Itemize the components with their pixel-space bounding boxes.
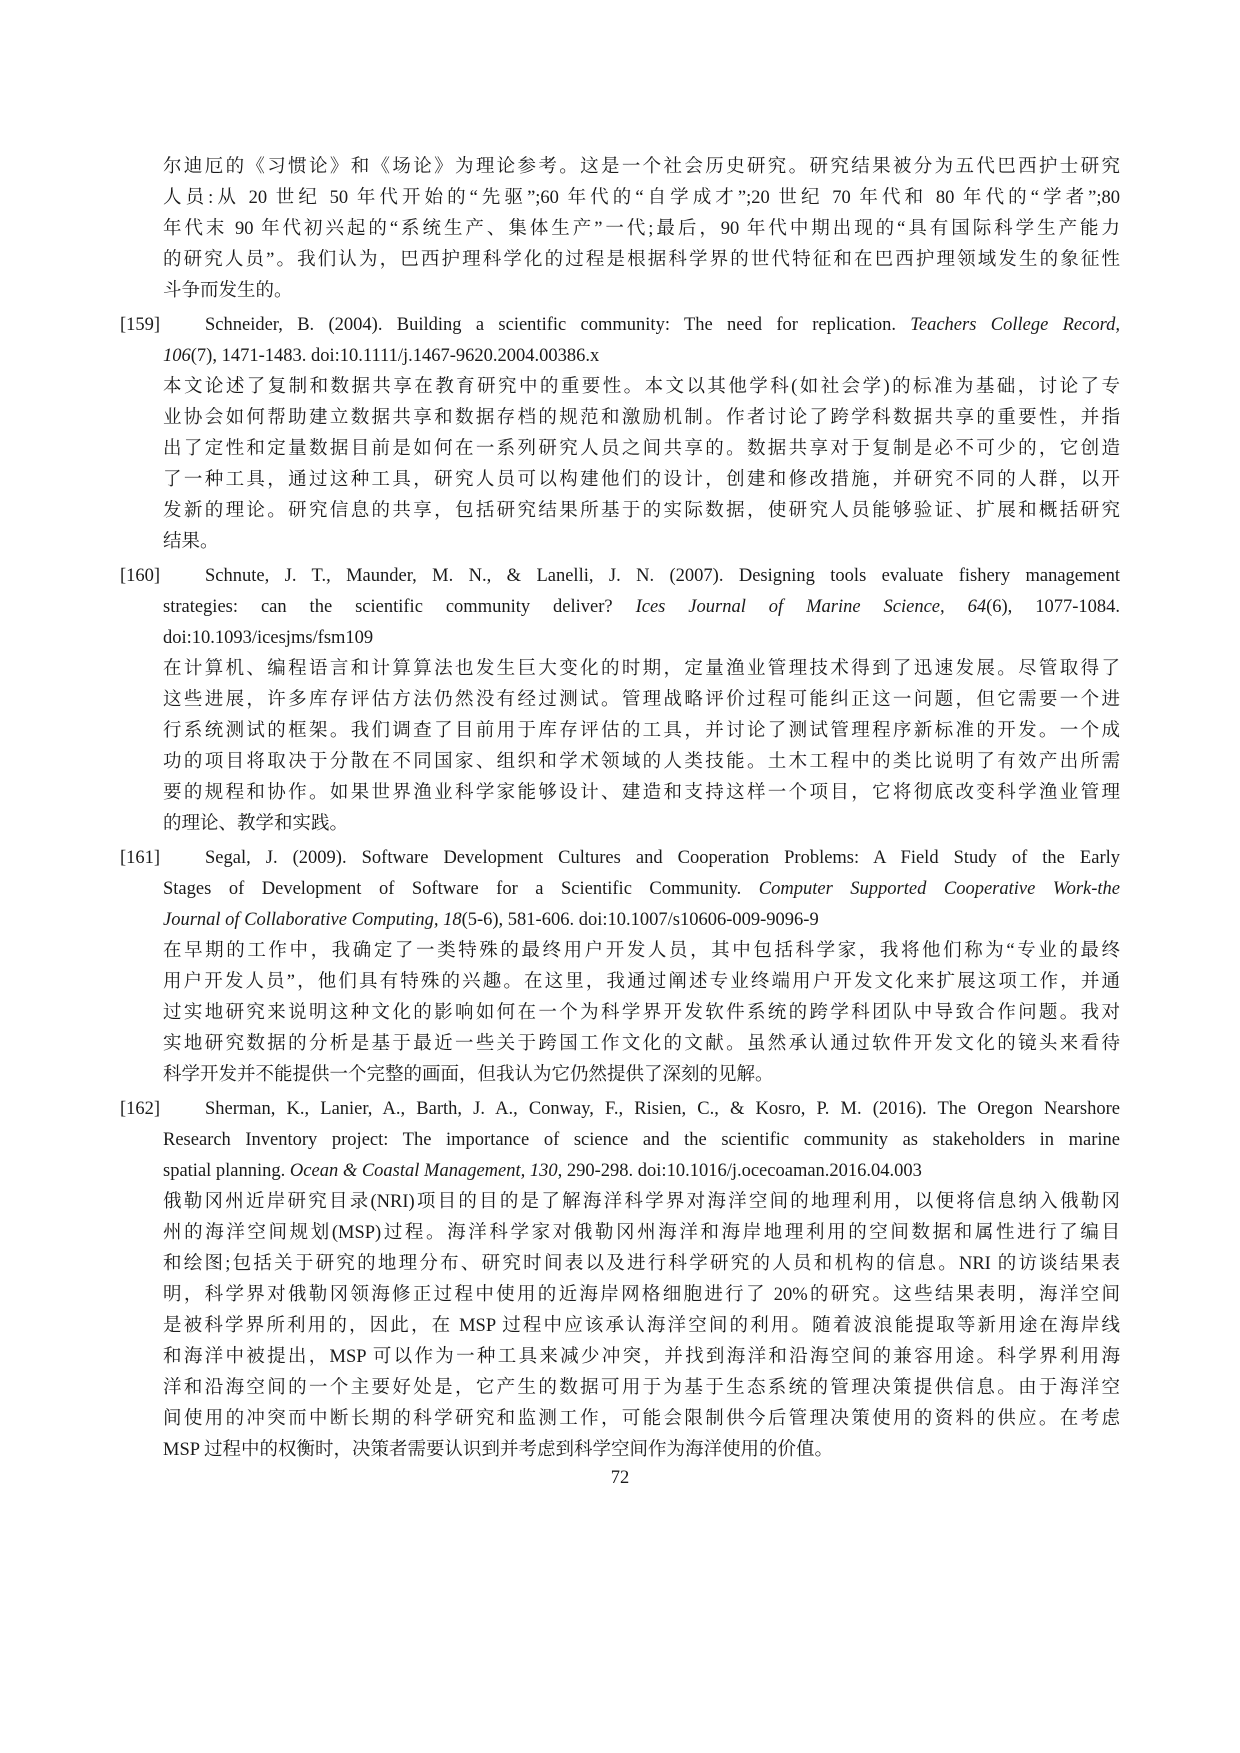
document-page: 尔迪厄的《习惯论》和《场论》为理论参考。这是一个社会历史研究。研究结果被分为五代… — [0, 0, 1240, 1753]
abstract-line: 明，科学界对俄勒冈领海修正过程中使用的近海岸网格细胞进行了 20%的研究。这些结… — [163, 1280, 1120, 1310]
reference-citation-line: Stages of Development of Software for a … — [163, 874, 1120, 904]
abstract-line: 在早期的工作中，我确定了一类特殊的最终用户开发人员，其中包括科学家，我将他们称为… — [163, 936, 1120, 966]
reference-number: [160] — [120, 561, 160, 591]
continuation-line: 尔迪厄的《习惯论》和《场论》为理论参考。这是一个社会历史研究。研究结果被分为五代… — [163, 152, 1120, 182]
reference-citation-line: 106(7), 1471-1483. doi:10.1111/j.1467-96… — [163, 341, 1120, 371]
continuation-line: 年代末 90 年代初兴起的“系统生产、集体生产”一代;最后，90 年代中期出现的… — [163, 214, 1120, 244]
abstract-line: MSP 过程中的权衡时，决策者需要认识到并考虑到科学空间作为海洋使用的价值。 — [163, 1435, 1120, 1465]
abstract-line: 间使用的冲突而中断长期的科学研究和监测工作，可能会限制供今后管理决策使用的资料的… — [163, 1404, 1120, 1434]
abstract-line: 和绘图;包括关于研究的地理分布、研究时间表以及进行科学研究的人员和机构的信息。N… — [163, 1249, 1120, 1279]
abstract-line: 科学开发并不能提供一个完整的画面，但我认为它仍然提供了深刻的见解。 — [163, 1060, 1120, 1090]
abstract-line: 是被科学界所利用的，因此，在 MSP 过程中应该承认海洋空间的利用。随着波浪能提… — [163, 1311, 1120, 1341]
abstract-line: 业协会如何帮助建立数据共享和数据存档的规范和激励机制。作者讨论了跨学科数据共享的… — [163, 403, 1120, 433]
abstract-line: 在计算机、编程语言和计算算法也发生巨大变化的时期，定量渔业管理技术得到了迅速发展… — [163, 654, 1120, 684]
reference-citation-line: doi:10.1093/icesjms/fsm109 — [163, 623, 1120, 653]
abstract-line: 洋和沿海空间的一个主要好处是，它产生的数据可用于为基于生态系统的管理决策提供信息… — [163, 1373, 1120, 1403]
abstract-line: 功的项目将取决于分散在不同国家、组织和学术领域的人类技能。土木工程中的类比说明了… — [163, 747, 1120, 777]
abstract-line: 出了定性和定量数据目前是如何在一系列研究人员之间共享的。数据共享对于复制是必不可… — [163, 434, 1120, 464]
abstract-line: 要的规程和协作。如果世界渔业科学家能够设计、建造和支持这样一个项目，它将彻底改变… — [163, 778, 1120, 808]
reference-citation-line: Sherman, K., Lanier, A., Barth, J. A., C… — [205, 1094, 1120, 1124]
continuation-line: 的研究人员”。我们认为，巴西护理科学化的过程是根据科学界的世代特征和在巴西护理领… — [163, 245, 1120, 275]
journal-title: Journal of Collaborative Computing, 18 — [163, 910, 462, 930]
abstract-line: 实地研究数据的分析是基于最近一些关于跨国工作文化的文献。虽然承认通过软件开发文化… — [163, 1029, 1120, 1059]
journal-volume: 106 — [163, 346, 191, 366]
citation-text: (5-6), 581-606. doi:10.1007/s10606-009-9… — [462, 910, 819, 930]
page-number: 72 — [0, 1463, 1240, 1493]
reference-number: [159] — [120, 310, 160, 340]
abstract-line: 和海洋中被提出，MSP 可以作为一种工具来减少冲突，并找到海洋和沿海空间的兼容用… — [163, 1342, 1120, 1372]
abstract-line: 用户开发人员”，他们具有特殊的兴趣。在这里，我通过阐述专业终端用户开发文化来扩展… — [163, 967, 1120, 997]
reference-citation-line: Schnute, J. T., Maunder, M. N., & Lanell… — [205, 561, 1120, 591]
continuation-line: 人员:从 20 世纪 50 年代开始的“先驱”;60 年代的“自学成才”;20 … — [163, 183, 1120, 213]
citation-text: strategies: can the scientific community… — [163, 597, 636, 617]
abstract-line: 结果。 — [163, 527, 1120, 557]
reference-number: [162] — [120, 1094, 160, 1124]
reference-citation-line: Schneider, B. (2004). Building a scienti… — [205, 310, 1120, 340]
reference-citation-line: strategies: can the scientific community… — [163, 592, 1120, 622]
abstract-line: 发新的理论。研究信息的共享，包括研究结果所基于的实际数据，使研究人员能够验证、扩… — [163, 496, 1120, 526]
reference-number: [161] — [120, 843, 160, 873]
citation-text: Stages of Development of Software for a … — [163, 879, 759, 899]
abstract-line: 本文论述了复制和数据共享在教育研究中的重要性。本文以其他学科(如社会学)的标准为… — [163, 372, 1120, 402]
journal-title: Computer Supported Cooperative Work-the — [759, 879, 1120, 899]
citation-text: (7), 1471-1483. doi:10.1111/j.1467-9620.… — [191, 346, 600, 366]
reference-citation-line: spatial planning. Ocean & Coastal Manage… — [163, 1156, 1120, 1186]
journal-title: Teachers College Record, — [910, 315, 1120, 335]
abstract-line: 的理论、教学和实践。 — [163, 809, 1120, 839]
citation-text: spatial planning. — [163, 1161, 290, 1181]
reference-citation-line: Segal, J. (2009). Software Development C… — [205, 843, 1120, 873]
citation-text: Schneider, B. (2004). Building a scienti… — [205, 315, 910, 335]
continuation-line: 斗争而发生的。 — [163, 276, 1120, 306]
journal-title: Ocean & Coastal Management, 130 — [290, 1161, 558, 1181]
abstract-line: 了一种工具，通过这种工具，研究人员可以构建他们的设计，创建和修改措施，并研究不同… — [163, 465, 1120, 495]
citation-text: (6), 1077-1084. — [986, 597, 1120, 617]
reference-citation-line: Research Inventory project: The importan… — [163, 1125, 1120, 1155]
abstract-line: 州的海洋空间规划(MSP)过程。海洋科学家对俄勒冈州海洋和海岸地理利用的空间数据… — [163, 1218, 1120, 1248]
reference-citation-line: Journal of Collaborative Computing, 18(5… — [163, 905, 1120, 935]
citation-text: , 290-298. doi:10.1016/j.ocecoaman.2016.… — [558, 1161, 922, 1181]
abstract-line: 行系统测试的框架。我们调查了目前用于库存评估的工具，并讨论了测试管理程序新标准的… — [163, 716, 1120, 746]
abstract-line: 过实地研究来说明这种文化的影响如何在一个为科学界开发软件系统的跨学科团队中导致合… — [163, 998, 1120, 1028]
abstract-line: 俄勒冈州近岸研究目录(NRI)项目的目的是了解海洋科学界对海洋空间的地理利用，以… — [163, 1187, 1120, 1217]
abstract-line: 这些进展，许多库存评估方法仍然没有经过测试。管理战略评价过程可能纠正这一问题，但… — [163, 685, 1120, 715]
journal-title: Ices Journal of Marine Science, 64 — [636, 597, 987, 617]
